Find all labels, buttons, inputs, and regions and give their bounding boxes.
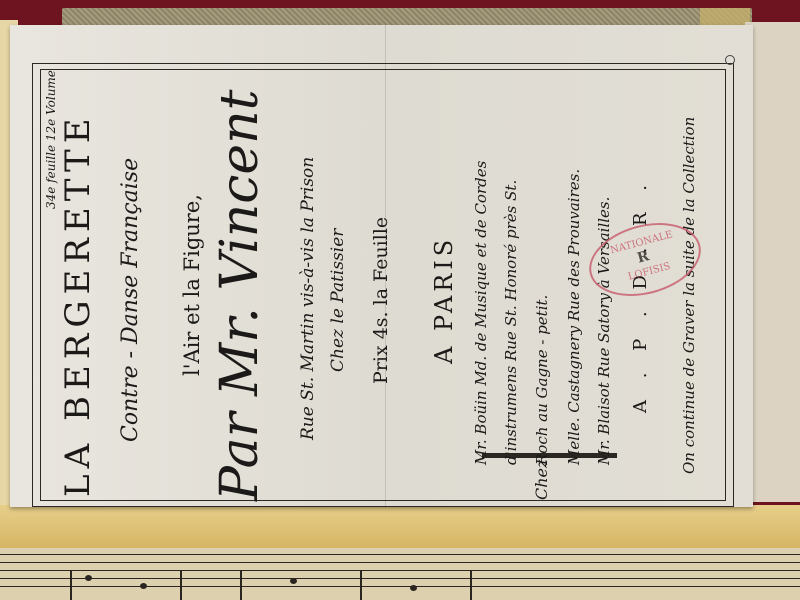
staff-line <box>0 554 800 555</box>
credit-line: l'Air et la Figure, <box>180 155 204 415</box>
staff-line <box>0 570 800 571</box>
price: Prix 4s. la Feuille <box>370 175 392 425</box>
sheet-music-page <box>0 548 800 600</box>
page-edges <box>0 505 800 550</box>
footer-note: On continue de Graver la suite de la Col… <box>680 80 698 510</box>
staff-line <box>0 562 800 563</box>
stamp-middle-text: R <box>636 248 651 266</box>
seller-line: Mr. Boüin Md. de Musique et de Cordes <box>472 85 490 465</box>
staff-line <box>0 578 800 579</box>
pin-hole <box>725 55 735 65</box>
music-note <box>140 583 147 589</box>
chez-label: Chez <box>532 445 551 515</box>
title: LA BERGERETTE <box>58 95 98 515</box>
staff-line <box>0 586 800 587</box>
music-note <box>85 575 92 581</box>
author: Par Mr. Vincent <box>210 85 270 505</box>
music-note <box>290 578 297 584</box>
music-note <box>410 585 417 591</box>
seller-line: Melle. Castagnery Rue des Prouvaires. <box>565 85 583 465</box>
bar-line <box>70 570 72 600</box>
subtitle: Contre - Danse Française <box>118 105 143 495</box>
volume-note: 34e feuille 12e Volume <box>44 70 58 260</box>
address-line-2: Chez le Patissier <box>328 175 348 425</box>
city: A PARIS <box>430 175 458 425</box>
underlying-page <box>745 22 800 502</box>
seller-line: d'instrumens Rue St. Honoré près St. <box>502 85 520 465</box>
bar-line <box>180 570 182 600</box>
seller-line: Roch au Gagne - petit. <box>533 85 551 465</box>
bar-line <box>360 570 362 600</box>
bar-line <box>470 570 472 600</box>
address-line-1: Rue St. Martin vis-à-vis la Prison <box>298 83 318 513</box>
title-page: 34e feuille 12e Volume LA BERGERETTE Con… <box>10 25 753 507</box>
bar-line <box>240 570 242 600</box>
